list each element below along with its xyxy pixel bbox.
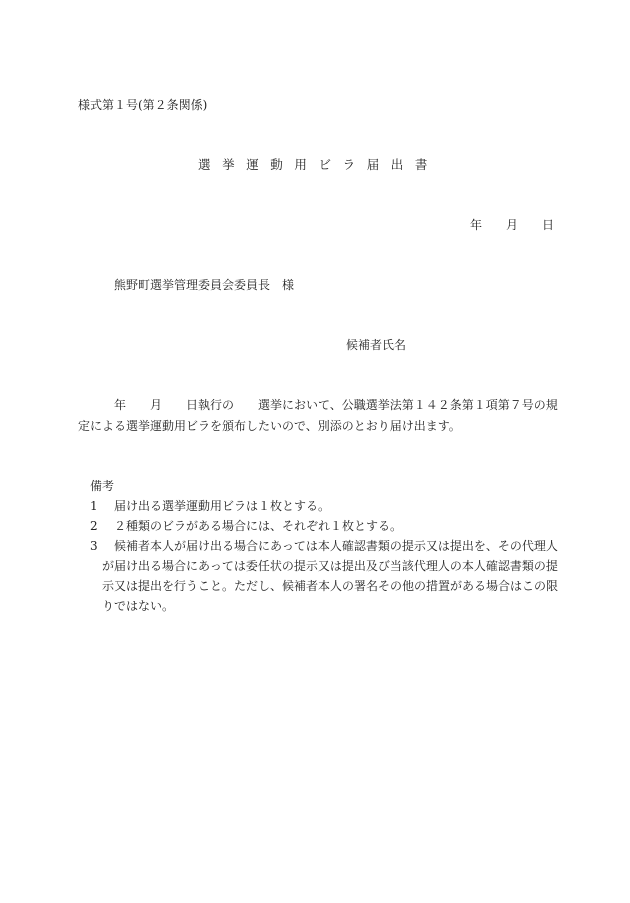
remark-number: 1 (90, 497, 104, 515)
body-year-label: 年 (114, 396, 126, 414)
candidate-name-label: 候補者氏名 (346, 336, 406, 354)
remark-text-line-1: 候補者本人が届け出る場合にあっては本人確認書類の提示又は提出を、その代理人 (114, 537, 558, 555)
remark-text-line-4: りではない。 (102, 597, 174, 615)
body-line-1-rest: 選挙において、公職選挙法第１４２条第１項第７号の規 (258, 396, 558, 414)
body-month-label: 月 (150, 396, 162, 414)
document-title: 選挙運動用ビラ届出書 (198, 156, 439, 174)
remark-text: ２種類のビラがある場合には、それぞれ１枚とする。 (114, 517, 402, 535)
addressee-honorific: 様 (282, 278, 294, 292)
date-day-label: 日 (542, 216, 554, 234)
body-line-1: 年月日執行の選挙において、公職選挙法第１４２条第１項第７号の規 (78, 396, 551, 414)
remark-text-line-2: が届け出る場合にあっては委任状の提示又は提出及び当該代理人の本人確認書類の提 (102, 557, 558, 575)
form-number: 様式第１号(第２条関係) (78, 96, 207, 114)
remark-text-line-3: 示又は提出を行うこと。ただし、候補者本人の署名その他の措置がある場合はこの限 (102, 577, 558, 595)
remark-text: 届け出る選挙運動用ビラは１枚とする。 (114, 497, 330, 515)
remark-number: 3 (90, 537, 104, 555)
addressee: 熊野町選挙管理委員会委員長様 (114, 276, 294, 294)
date-line: 年月日 (470, 216, 554, 234)
body-day-exec: 日執行の (186, 396, 234, 414)
addressee-name: 熊野町選挙管理委員会委員長 (114, 278, 270, 292)
remarks-heading: 備考 (90, 477, 114, 495)
remark-number: 2 (90, 517, 104, 535)
date-year-label: 年 (470, 216, 482, 234)
body-line-2: 定による選挙運動用ビラを頒布したいので、別添のとおり届け出ます。 (78, 417, 461, 435)
date-month-label: 月 (506, 216, 518, 234)
